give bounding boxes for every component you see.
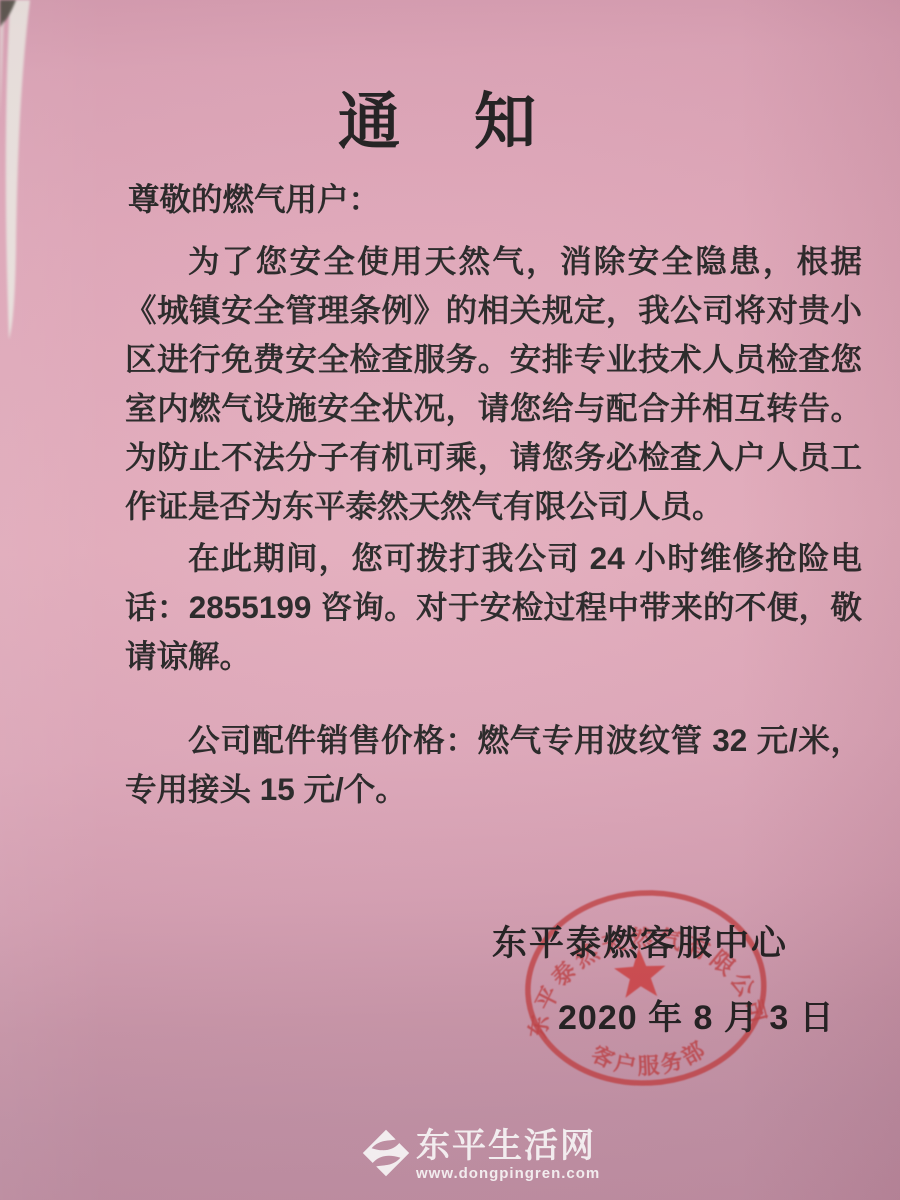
site-name: 东平生活网: [416, 1128, 600, 1164]
site-logo-icon: [362, 1128, 410, 1178]
text-line: 为防止不法分子有机可乘，请您务必检查入户人员工: [125, 433, 862, 482]
text-line: 话：2855199 咨询。对于安检过程中带来的不便，敬: [125, 583, 862, 632]
text-line: 请谅解。: [125, 632, 862, 681]
watermark-text: 东平生活网 www.dongpingren.com: [416, 1128, 600, 1183]
text-line: 为了您安全使用天然气，消除安全隐患，根据: [125, 237, 862, 286]
text-line: 室内燃气设施安全状况，请您给与配合并相互转告。: [125, 384, 862, 433]
paragraph-prices: 公司配件销售价格：燃气专用波纹管 32 元/米， 专用接头 15 元/个。: [125, 716, 862, 814]
text-line: 专用接头 15 元/个。: [125, 765, 862, 814]
notice-title: 通 知: [0, 72, 880, 161]
paragraph-safety-check: 为了您安全使用天然气，消除安全隐患，根据 《城镇安全管理条例》的相关规定，我公司…: [125, 237, 862, 531]
site-url: www.dongpingren.com: [416, 1165, 600, 1183]
text-line: 在此期间，您可拨打我公司 24 小时维修抢险电: [125, 534, 862, 583]
notice-photo: 通 知 尊敬的燃气用户： 为了您安全使用天然气，消除安全隐患，根据 《城镇安全管…: [0, 0, 900, 1200]
text-line: 公司配件销售价格：燃气专用波纹管 32 元/米，: [125, 716, 862, 765]
text-line: 区进行免费安全检查服务。安排专业技术人员检查您: [125, 335, 862, 384]
text-line: 《城镇安全管理条例》的相关规定，我公司将对贵小: [125, 286, 862, 335]
site-watermark: 东平生活网 www.dongpingren.com: [362, 1128, 600, 1183]
paragraph-hotline: 在此期间，您可拨打我公司 24 小时维修抢险电 话：2855199 咨询。对于安…: [125, 534, 862, 681]
signature-line: 东平泰燃客服中心: [492, 916, 788, 966]
text-line: 作证是否为东平泰然天然气有限公司人员。: [125, 482, 862, 531]
date-line: 2020 年 8 月 3 日: [558, 990, 835, 1039]
greeting-line: 尊敬的燃气用户：: [128, 175, 380, 220]
